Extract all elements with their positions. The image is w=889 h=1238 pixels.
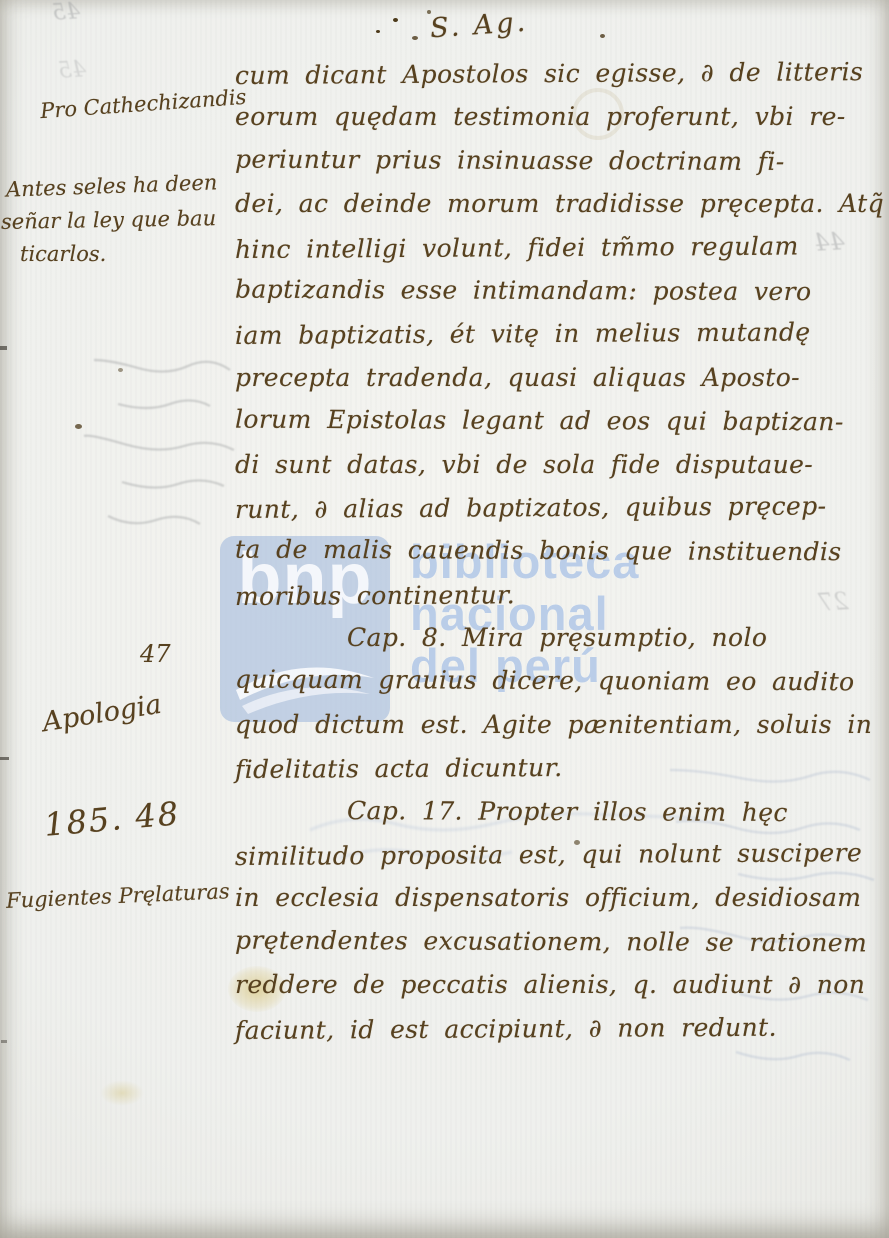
margin-note-fugientes-prelaturas: Fugientes Pręlaturas bbox=[6, 879, 231, 913]
ink-speck bbox=[600, 34, 605, 38]
margin-note-antes-line2: señar la ley que bau bbox=[1, 206, 217, 234]
manuscript-line: quicquam grauius dicere, quoniam eo audi… bbox=[235, 658, 880, 704]
manuscript-line: moribus continentur. bbox=[235, 571, 880, 618]
ghost-numeral: 45 bbox=[57, 57, 86, 83]
manuscript-line: prętendentes excusationem, nolle se rati… bbox=[235, 918, 880, 964]
manuscript-body: cum dicant Apostolos sic egisse, ∂ de li… bbox=[235, 52, 880, 1050]
margin-folio-185-48: 185. 48 bbox=[43, 794, 182, 844]
manuscript-line: precepta tradenda, quasi aliquas Aposto- bbox=[235, 356, 880, 399]
manuscript-line: Cap. 17. Propter illos enim hęc bbox=[235, 788, 880, 834]
page-header-title: S. Ag. bbox=[429, 7, 529, 45]
manuscript-line: in ecclesia dispensatoris officium, desi… bbox=[235, 876, 880, 919]
edge-mark bbox=[0, 757, 9, 760]
ink-speck bbox=[376, 30, 380, 33]
edge-mark bbox=[0, 346, 7, 350]
paper-stain-small bbox=[100, 1080, 144, 1106]
margin-folio-47: 47 bbox=[140, 640, 171, 668]
ink-speck bbox=[75, 424, 82, 429]
show-through-ghost-text-left bbox=[70, 348, 240, 568]
ink-speck bbox=[393, 18, 398, 22]
margin-note-apologia: Apologia bbox=[40, 689, 163, 738]
ink-speck bbox=[118, 368, 123, 372]
manuscript-line: quod dictum est. Agite pænitentiam, solu… bbox=[235, 703, 880, 746]
margin-note-antes-line3: ticarlos. bbox=[20, 242, 106, 266]
manuscript-line: runt, ∂ alias ad baptizatos, quibus pręc… bbox=[235, 484, 880, 531]
ghost-numeral: 45 bbox=[51, 0, 80, 26]
margin-note-antes-line1: Antes seles ha deen bbox=[6, 170, 218, 201]
manuscript-line: eorum quędam testimonia proferunt, vbi r… bbox=[235, 95, 880, 138]
manuscript-line: periuntur prius insinuasse doctrinam fi- bbox=[235, 137, 880, 183]
ink-speck bbox=[412, 36, 418, 40]
manuscript-line: hinc intelligi volunt, fidei tm̃mo regul… bbox=[235, 224, 880, 271]
manuscript-line: faciunt, id est accipiunt, ∂ non redunt. bbox=[235, 1005, 880, 1052]
manuscript-page: bnp biblioteca nacional del perú S. Ag. … bbox=[0, 0, 889, 1238]
manuscript-line: Cap. 8. Mira pręsumptio, nolo bbox=[235, 616, 880, 659]
edge-mark bbox=[1, 1040, 7, 1043]
manuscript-line: di sunt datas, vbi de sola fide disputau… bbox=[235, 443, 880, 486]
manuscript-line: ta de malis cauendis bonis que instituen… bbox=[235, 528, 880, 574]
manuscript-line: cum dicant Apostolos sic egisse, ∂ de li… bbox=[235, 50, 880, 97]
manuscript-line: iam baptizatis, ét vitę in melius mutand… bbox=[235, 310, 880, 357]
manuscript-line: similitudo proposita est, qui nolunt sus… bbox=[235, 831, 880, 878]
manuscript-line: reddere de peccatis alienis, q. audiunt … bbox=[235, 963, 880, 1006]
manuscript-line: baptizandis esse intimandam: postea vero bbox=[235, 268, 880, 314]
manuscript-line: lorum Epistolas legant ad eos qui baptiz… bbox=[235, 398, 880, 444]
ink-speck bbox=[427, 10, 431, 14]
manuscript-line: dei, ac deinde morum tradidisse pręcepta… bbox=[235, 182, 880, 225]
margin-note-pro-cathechizandis: Pro Cathechizandis bbox=[39, 85, 247, 123]
manuscript-line: fidelitatis acta dicuntur. bbox=[235, 744, 880, 791]
